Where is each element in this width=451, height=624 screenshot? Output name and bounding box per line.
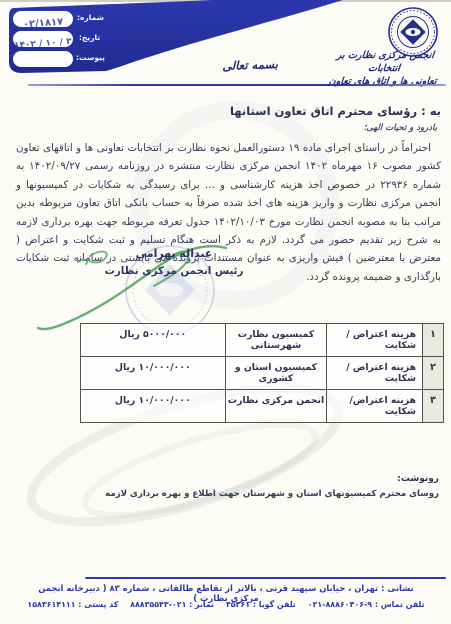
signer-title: رئیس انجمن مرکزی نظارت [86,265,262,277]
signature-block: عبداله بهرامی رئیس انجمن مرکزی نظارت [86,247,262,277]
table-row: ۲ هزینه اعتراض / شکایت کمیسیون استان و ک… [81,357,444,390]
scanned-letter-page: شماره: ۰۲/۱۸۱۷ تاریخ: ۳ / ۱۰ / ۱۴۰۲ پیوس… [0,0,451,624]
besmele-text: بسمه تعالی [208,57,292,74]
ref-date-value: ۳ / ۱۰ / ۱۴۰۲ [14,34,73,47]
authority-cell: انجمن مرکزی نظارت [225,390,327,423]
org-name: انجمن مرکزی نظارت بر انتخابات تعاونی ها … [318,49,450,88]
table-row: ۱ هزینه اعتراض / شکایت کمیسیون نظارت شهر… [81,324,444,357]
footer-divider [85,577,446,579]
ref-date-label: تاریخ: [79,33,100,42]
amount-cell: ۱۰/۰۰۰/۰۰۰ ریال [81,357,226,390]
footer-contact: تلفن تماس : ۹-۸۸۸۶۰۴۰۶-۰۲۱ تلفن گویا : ۴… [16,600,436,609]
amount-cell: ۱۰/۰۰۰/۰۰۰ ریال [81,390,226,423]
header-divider [28,84,446,86]
tariff-table: ۱ هزینه اعتراض / شکایت کمیسیون نظارت شهر… [80,323,444,423]
authority-cell: کمیسیون استان و کشوری [225,357,327,390]
signer-name: عبداله بهرامی [86,247,262,260]
row-number: ۲ [423,357,444,390]
ref-number-value: ۰۲/۱۸۱۷ [22,15,63,27]
ref-attachment-label: پیوست: [76,53,105,62]
handwritten-signature [18,226,248,338]
cc-label: رونوشت: [397,474,439,484]
ref-attachment-field [13,51,73,67]
row-number: ۳ [423,390,444,423]
fee-type-cell: هزینه اعتراض / شکایت [327,357,423,390]
ref-number-label: شماره: [77,13,104,22]
cc-recipients: روسای محترم کمیسیونهای استان و شهرستان ج… [105,489,439,499]
fee-type-cell: هزینه اعتراض/ شکایت [327,390,423,423]
org-name-line2: تعاونی ها و اتاق های تعاون [318,75,447,88]
authority-cell: کمیسیون نظارت شهرستانی [225,324,327,357]
addressee-line: به : رؤسای محترم اتاق تعاون استانها [230,104,441,118]
ref-number-field: ۰۲/۱۸۱۷ [13,11,73,27]
fee-type-cell: هزینه اعتراض / شکایت [327,324,423,357]
amount-cell: ۵۰۰۰/۰۰۰ ریال [81,324,226,357]
table-row: ۳ هزینه اعتراض/ شکایت انجمن مرکزی نظارت … [81,390,444,423]
ref-date-field: ۳ / ۱۰ / ۱۴۰۲ [13,31,73,47]
org-name-line1: انجمن مرکزی نظارت بر انتخابات [319,49,450,75]
salutation-line: بادرود و تحیات الهی؛ [364,123,437,133]
row-number: ۱ [423,324,444,357]
